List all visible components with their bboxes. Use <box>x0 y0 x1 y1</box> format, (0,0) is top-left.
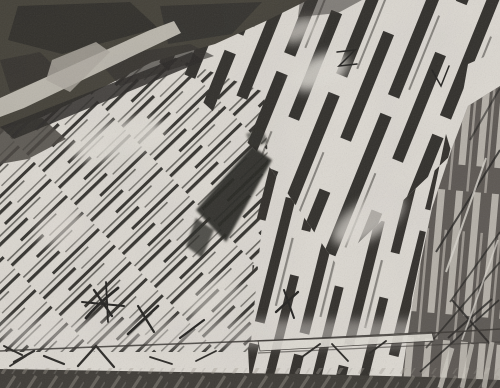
halftone-photo <box>0 0 500 388</box>
grain-screen <box>0 0 500 388</box>
film-grain-overlay <box>0 0 500 388</box>
photo-canvas <box>0 0 500 388</box>
